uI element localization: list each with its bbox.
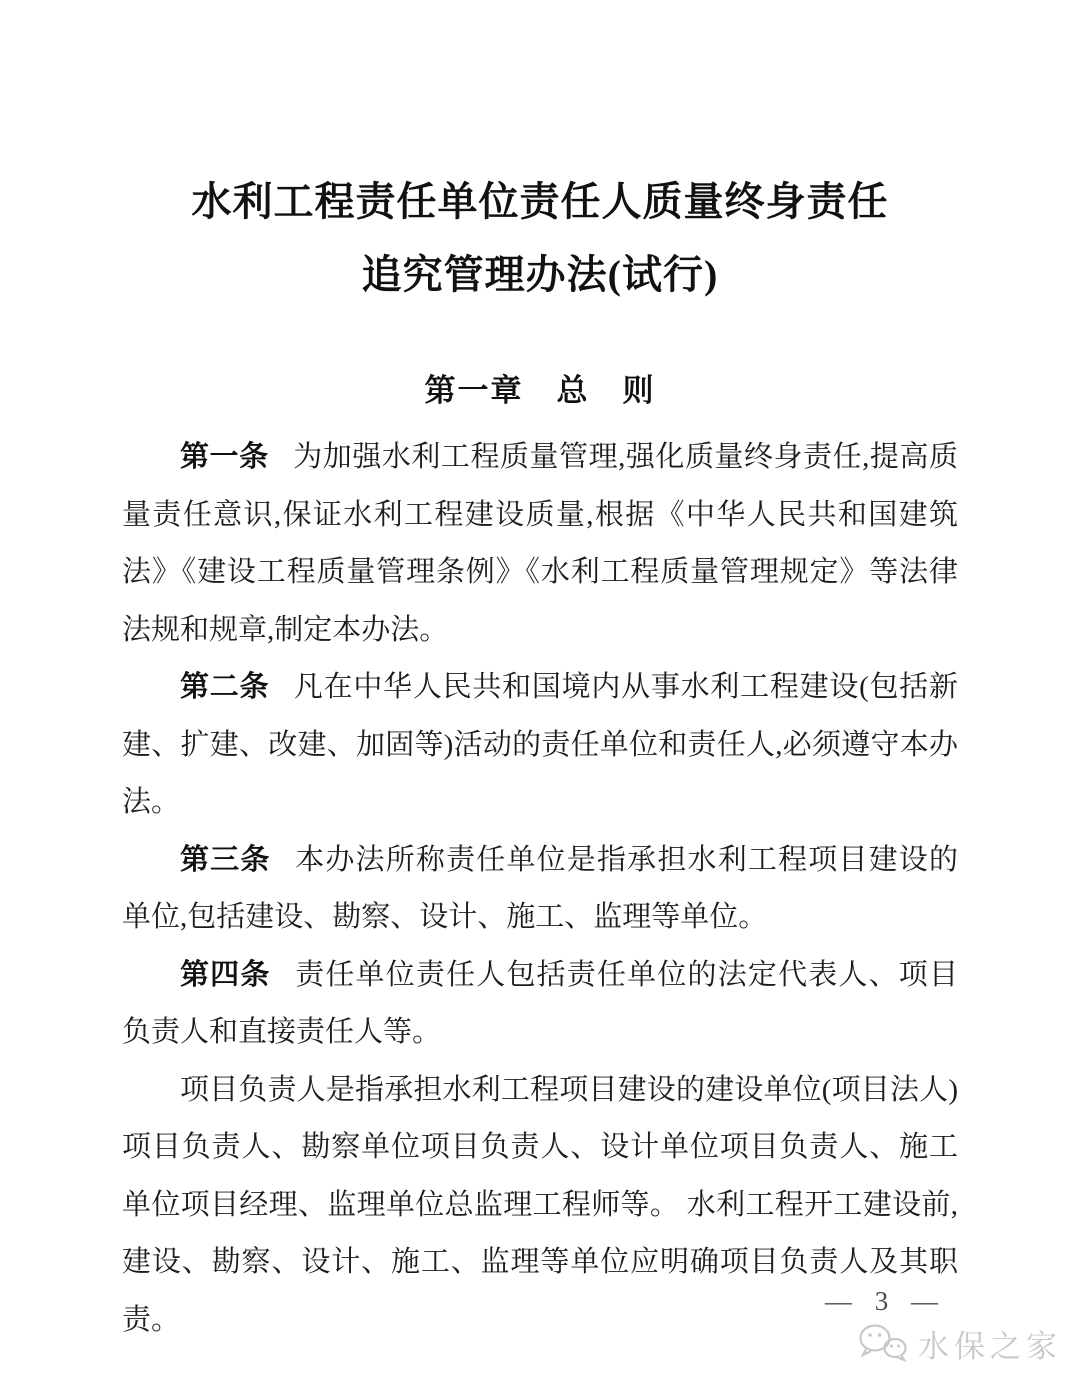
watermark: 水保之家: [854, 1320, 1062, 1366]
title-line-2: 追究管理办法(试行): [362, 252, 719, 297]
document-title: 水利工程责任单位责任人质量终身责任 追究管理办法(试行): [0, 0, 1080, 311]
paragraph-article-2: 第二条凡在中华人民共和国境内从事水利工程建设(包括新建、扩建、改建、加固等)活动…: [122, 659, 958, 832]
wechat-icon: [854, 1320, 910, 1366]
article-label: 第四条: [180, 959, 271, 991]
title-line-1: 水利工程责任单位责任人质量终身责任: [192, 179, 889, 224]
paragraph-article-1: 第一条为加强水利工程质量管理,强化质量终身责任,提高质量责任意识,保证水利工程建…: [122, 429, 958, 659]
article-label: 第一条: [180, 441, 269, 473]
watermark-text: 水保之家: [918, 1321, 1062, 1366]
article-label: 第三条: [180, 844, 271, 876]
document-body: 第一条为加强水利工程质量管理,强化质量终身责任,提高质量责任意识,保证水利工程建…: [0, 429, 1080, 1349]
paragraph-article-3: 第三条本办法所称责任单位是指承担水利工程项目建设的单位,包括建设、勘察、设计、施…: [122, 832, 958, 947]
chapter-heading: 第一章 总 则: [0, 369, 1080, 413]
article-label: 第二条: [180, 671, 269, 703]
page-number: — 3 —: [825, 1286, 940, 1317]
document-page: 水利工程责任单位责任人质量终身责任 追究管理办法(试行) 第一章 总 则 第一条…: [0, 0, 1080, 1388]
paragraph-article-4: 第四条责任单位责任人包括责任单位的法定代表人、项目负责人和直接责任人等。: [122, 947, 958, 1062]
